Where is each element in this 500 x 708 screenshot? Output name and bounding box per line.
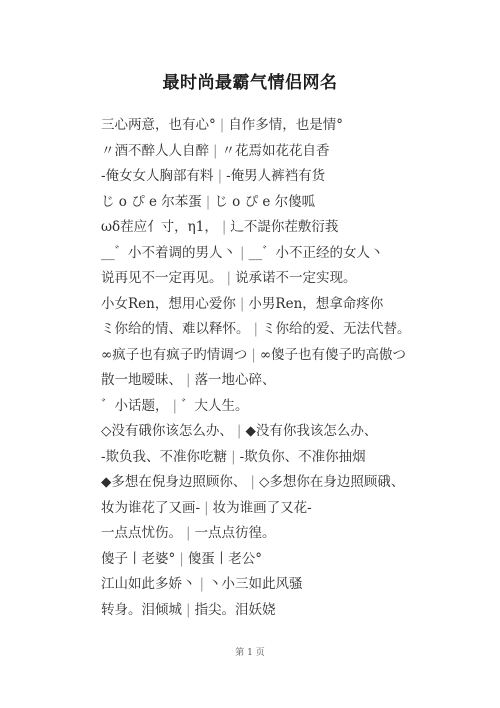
name-right: ∞傻子也有傻子旳高傲つ bbox=[260, 347, 406, 363]
name-left: ωδ茬应亻寸，η1， bbox=[101, 219, 218, 235]
name-pair-row: 傻子丨老婆°|傻蛋丨老公° bbox=[101, 547, 461, 573]
separator: | bbox=[222, 219, 227, 235]
name-pair-row: 江山如此多娇丶|丶小三如此风骚 bbox=[101, 572, 461, 598]
separator: | bbox=[250, 474, 255, 490]
name-right: 辶不諟你茬敷衍莪 bbox=[230, 219, 338, 235]
name-pair-row: __゛小不着调的男人丶|__゛小不正经的女人丶 bbox=[101, 241, 461, 267]
page-number: 第 1 页 bbox=[0, 645, 500, 658]
name-right: -俺男人裤裆有货 bbox=[226, 168, 325, 184]
name-left: -俺女女人胸部有料 bbox=[101, 168, 214, 184]
name-right: 指尖。泪妖娆 bbox=[195, 602, 276, 618]
name-left: 〃酒不醉人人自醉 bbox=[101, 143, 209, 159]
name-left: ◆多想在倪身边照顾你、 bbox=[101, 474, 246, 490]
name-right: 妆为谁画了又花- bbox=[213, 500, 312, 516]
separator: | bbox=[218, 168, 223, 184]
document-title: 最时尚最霸气情侣网名 bbox=[0, 71, 500, 95]
separator: | bbox=[237, 423, 242, 439]
name-left: 江山如此多娇丶 bbox=[101, 576, 196, 592]
name-pair-row: 说再见不一定再见。|说承诺不一定实现。 bbox=[101, 266, 461, 292]
name-pair-row: ◆多想在倪身边照顾你、|◇多想你在身边照顾硪、 bbox=[101, 470, 461, 496]
name-left: 傻子丨老婆° bbox=[101, 551, 175, 567]
name-left: ∞疯子也有疯子旳情调つ bbox=[101, 347, 247, 363]
name-left: 三心两意，也有心° bbox=[101, 117, 216, 133]
name-pair-list: 三心两意，也有心°|自作多情，也是情° 〃酒不醉人人自醉|〃花焉如花花自香 -俺… bbox=[101, 113, 461, 623]
name-left: 小女Ren，想用心爱你 bbox=[101, 296, 236, 312]
name-pair-row: じ ο ぴ e 尔苯蛋|じ ο ぴ e 尔傻呱 bbox=[101, 190, 461, 216]
name-left: ◇没有硪你该怎么办、 bbox=[101, 423, 233, 439]
separator: | bbox=[173, 398, 178, 414]
separator: | bbox=[220, 117, 225, 133]
name-right: -欺负你、不准你抽烟 bbox=[240, 449, 366, 465]
name-pair-row: 〃酒不醉人人自醉|〃花焉如花花自香 bbox=[101, 139, 461, 165]
name-pair-row: -俺女女人胸部有料|-俺男人裤裆有货 bbox=[101, 164, 461, 190]
name-left: 散一地暧昧、 bbox=[101, 372, 182, 388]
document-page: 最时尚最霸气情侣网名 三心两意，也有心°|自作多情，也是情° 〃酒不醉人人自醉|… bbox=[0, 0, 500, 708]
separator: | bbox=[227, 270, 232, 286]
name-left: 一点点忧伤。 bbox=[101, 525, 182, 541]
separator: | bbox=[204, 500, 209, 516]
name-right: 傻蛋丨老公° bbox=[188, 551, 262, 567]
name-pair-row: 妆为谁花了又画-|妆为谁画了又花- bbox=[101, 496, 461, 522]
name-right: ◆没有你我该怎么办、 bbox=[245, 423, 377, 439]
name-right: 〃花焉如花花自香 bbox=[222, 143, 330, 159]
name-pair-row: ゛小话题，|゛大人生。 bbox=[101, 394, 461, 420]
name-pair-row: ミ你给的情、难以释怀。|ミ你给的爱、无法代替。 bbox=[101, 317, 461, 343]
separator: | bbox=[206, 194, 211, 210]
separator: | bbox=[179, 551, 184, 567]
separator: | bbox=[213, 143, 218, 159]
name-left: 转身。泪倾城 bbox=[101, 602, 182, 618]
name-right: 落一地心碎、 bbox=[195, 372, 276, 388]
separator: | bbox=[251, 347, 256, 363]
name-pair-row: ∞疯子也有疯子旳情调つ|∞傻子也有傻子旳高傲つ bbox=[101, 343, 461, 369]
name-right: 小男Ren，想拿命疼你 bbox=[248, 296, 383, 312]
name-pair-row: 三心两意，也有心°|自作多情，也是情° bbox=[101, 113, 461, 139]
name-left: -欺负我、不准你吃糖 bbox=[101, 449, 227, 465]
name-right: 自作多情，也是情° bbox=[228, 117, 343, 133]
name-right: 一点点彷徨。 bbox=[195, 525, 276, 541]
name-right: ゛大人生。 bbox=[181, 398, 249, 414]
name-right: ミ你给的爱、无法代替。 bbox=[262, 321, 411, 337]
name-pair-row: 小女Ren，想用心爱你|小男Ren，想拿命疼你 bbox=[101, 292, 461, 318]
separator: | bbox=[186, 372, 191, 388]
name-right: 说承诺不一定实现。 bbox=[235, 270, 357, 286]
name-pair-row: ◇没有硪你该怎么办、|◆没有你我该怎么办、 bbox=[101, 419, 461, 445]
name-right: 丶小三如此风骚 bbox=[208, 576, 303, 592]
name-pair-row: 散一地暧昧、|落一地心碎、 bbox=[101, 368, 461, 394]
separator: | bbox=[186, 602, 191, 618]
separator: | bbox=[240, 245, 245, 261]
separator: | bbox=[240, 296, 245, 312]
separator: | bbox=[186, 525, 191, 541]
name-left: 说再见不一定再见。 bbox=[101, 270, 223, 286]
separator: | bbox=[254, 321, 259, 337]
name-pair-row: ωδ茬应亻寸，η1，|辶不諟你茬敷衍莪 bbox=[101, 215, 461, 241]
name-left: __゛小不着调的男人丶 bbox=[101, 245, 236, 261]
name-right: じ ο ぴ e 尔傻呱 bbox=[214, 194, 315, 210]
name-pair-row: 转身。泪倾城|指尖。泪妖娆 bbox=[101, 598, 461, 624]
name-left: じ ο ぴ e 尔苯蛋 bbox=[101, 194, 202, 210]
name-pair-row: 一点点忧伤。|一点点彷徨。 bbox=[101, 521, 461, 547]
name-pair-row: -欺负我、不准你吃糖|-欺负你、不准你抽烟 bbox=[101, 445, 461, 471]
separator: | bbox=[200, 576, 205, 592]
name-right: __゛小不正经的女人丶 bbox=[249, 245, 384, 261]
name-left: 妆为谁花了又画- bbox=[101, 500, 200, 516]
name-left: ゛小话题， bbox=[101, 398, 169, 414]
name-right: ◇多想你在身边照顾硪、 bbox=[259, 474, 404, 490]
separator: | bbox=[231, 449, 236, 465]
name-left: ミ你给的情、难以释怀。 bbox=[101, 321, 250, 337]
